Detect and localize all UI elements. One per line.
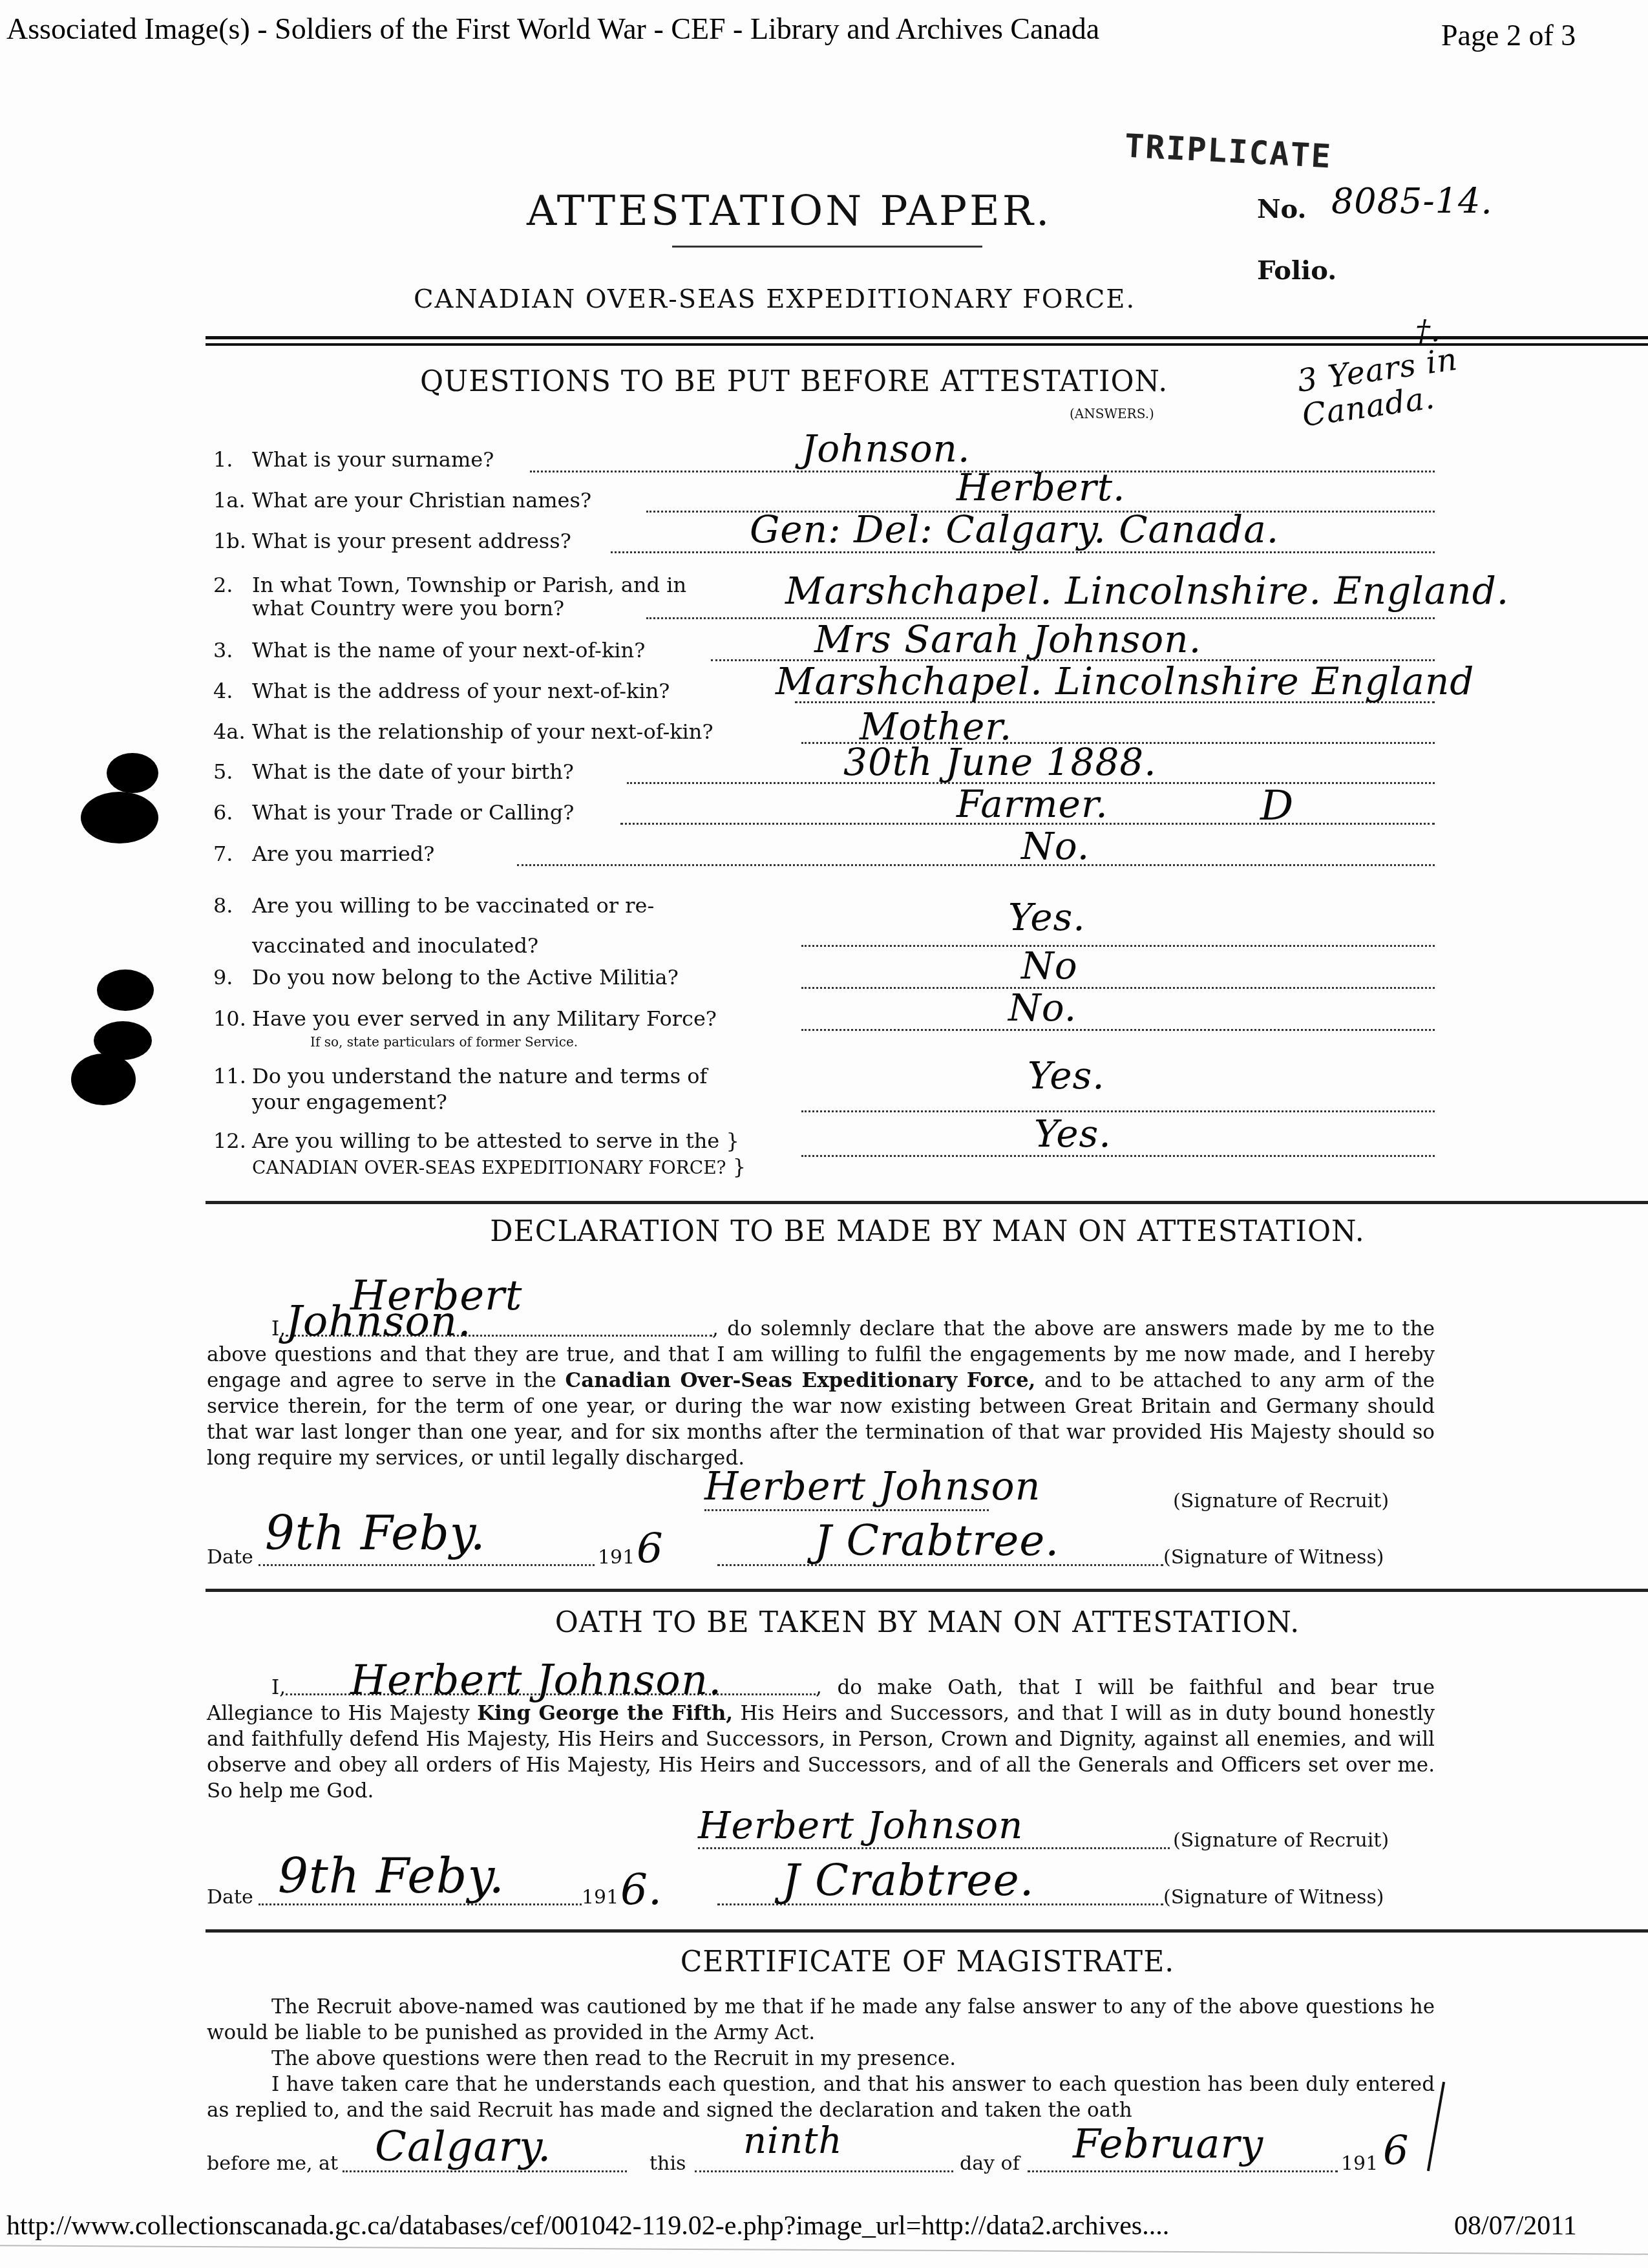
oath-name: Herbert Johnson. [286,1668,816,1695]
question-2: 2.In what Town, Township or Parish, and … [213,573,686,620]
answer-2: Marshchapel. Lincolnshire. England. [785,569,1509,613]
ink-blot [97,970,154,1011]
question-1a: 1a.What are your Christian names? [213,488,591,513]
section-rule-3 [206,1929,1648,1933]
oath-witness-signature: J Crabtree. [782,1855,1034,1906]
oath-text: I,Herbert Johnson., do make Oath, that I… [207,1668,1435,1804]
declaration-witness-signature: J Crabtree. [814,1516,1059,1565]
answer-line-1b [611,551,1435,553]
question-4: 4.What is the address of your next-of-ki… [213,679,670,703]
answer-1a: Herbert. [956,465,1126,509]
answer-4: Marshchapel. Lincolnshire England [776,659,1474,703]
oath-heading: OATH TO BE TAKEN BY MAN ON ATTESTATION. [207,1606,1648,1639]
question-10: 10.Have you ever served in any Military … [213,1006,717,1031]
oath-recruit-signature: Herbert Johnson [698,1803,1023,1847]
triplicate-stamp: TRIPLICATE [1124,127,1333,176]
answer-line-8 [801,945,1435,947]
certificate-p3: I have taken care that he understands ea… [207,2072,1435,2123]
answer-9: No [1021,944,1078,988]
question-7: 7.Are you married? [213,842,434,866]
declaration-date-value: 9th Feby. [265,1506,486,1560]
number-value: 8085-14. [1331,181,1493,222]
question-9: 9.Do you now belong to the Active Militi… [213,965,679,990]
question-10-note: If so, state particulars of former Servi… [310,1034,578,1050]
print-header-page: Page 2 of 3 [1441,18,1576,52]
answer-line-9 [801,987,1435,989]
this-label: this [650,2152,686,2175]
declaration-recruit-caption: (Signature of Recruit) [1173,1490,1389,1512]
answer-5: 30th June 1888. [843,740,1157,784]
question-12: 12.Are you willing to be attested to ser… [213,1128,746,1181]
certificate-year-prefix: 191 [1341,2152,1378,2175]
oath-year-prefix: 191 [582,1886,618,1909]
ink-blot [71,1054,136,1105]
answer-11: Yes. [1028,1054,1105,1097]
certificate-heading: CERTIFICATE OF MAGISTRATE. [207,1945,1648,1978]
oath-witness-caption: (Signature of Witness) [1163,1886,1384,1909]
question-11: 11.Do you understand the nature and term… [213,1063,707,1115]
title-divider [672,246,982,248]
answer-12: Yes. [1034,1112,1112,1156]
print-header-title: Associated Image(s) - Soldiers of the Fi… [6,12,1099,46]
answer-1b: Gen: Del: Calgary. Canada. [750,507,1279,551]
question-8: 8.Are you willing to be vaccinated or re… [213,885,654,966]
question-1b: 1b.What is your present address? [213,529,571,553]
certificate-p1: The Recruit above-named was cautioned by… [207,1994,1435,2046]
answer-8: Yes. [1008,895,1086,939]
questions-heading: QUESTIONS TO BE PUT BEFORE ATTESTATION. [420,365,1168,398]
answer-6: Farmer. [956,782,1108,826]
answer-6-mark: D [1260,782,1294,830]
declaration-year-prefix: 191 [598,1546,635,1569]
day-of-label: day of [960,2152,1020,2175]
declaration-text: I,Herbert Johnson., do solemnly declare … [207,1283,1435,1471]
section-rule-2 [206,1589,1648,1592]
oath-recruit-caption: (Signature of Recruit) [1173,1829,1389,1852]
scan-edge [0,2245,1648,2254]
section-rule-1 [206,1201,1648,1204]
recruit-sig-line-2 [698,1847,1170,1849]
question-5: 5.What is the date of your birth? [213,759,574,784]
before-me-label: before me, at [207,2152,338,2175]
certificate-p2: The above questions were then read to th… [207,2046,1435,2072]
declaration-year-suffix: 6 [637,1525,664,1573]
recruit-sig-line-1 [704,1509,989,1511]
answer-7: No. [1021,824,1090,868]
day-line [695,2170,953,2172]
oath-date-value: 9th Feby. [278,1849,505,1904]
answer-3: Mrs Sarah Johnson. [814,617,1201,661]
folio-label: Folio. [1257,255,1336,286]
print-footer-date: 08/07/2011 [1454,2210,1577,2242]
answer-line-10 [801,1029,1435,1031]
certificate-month: February [1073,2120,1263,2167]
number-label: No. [1257,194,1306,224]
question-1: 1.What is your surname? [213,447,494,472]
answer-1: Johnson. [801,427,970,471]
date-line-1 [259,1564,595,1566]
certificate-day: ninth [743,2120,843,2162]
month-line [1028,2170,1338,2172]
question-3: 3.What is the name of your next-of-kin? [213,638,645,662]
declaration-recruit-signature: Herbert Johnson [704,1464,1041,1509]
document-subtitle: CANADIAN OVER-SEAS EXPEDITIONARY FORCE. [414,284,1136,314]
ink-blot [107,753,158,793]
document-title: ATTESTATION PAPER. [527,187,1051,235]
certificate-year-suffix: 6 [1383,2126,1409,2174]
oath-date-label: Date [207,1886,253,1909]
margin-note: 3 Years in Canada. [1295,335,1516,434]
question-4a: 4a.What is the relationship of your next… [213,719,713,744]
answer-10: No. [1008,986,1077,1030]
declaration-witness-caption: (Signature of Witness) [1163,1546,1384,1569]
answer-line-11 [801,1110,1435,1112]
declaration-heading: DECLARATION TO BE MADE BY MAN ON ATTESTA… [207,1215,1648,1248]
oath-year-suffix: 6. [620,1865,662,1914]
declarant-name: Herbert Johnson. [286,1283,712,1337]
answer-line-7 [517,864,1435,866]
ink-blot [81,792,158,843]
answer-line-12 [801,1155,1435,1157]
answers-label: (ANSWERS.) [1070,406,1154,421]
print-footer-url: http://www.collectionscanada.gc.ca/datab… [6,2210,1169,2242]
certificate-place: Calgary. [375,2123,551,2171]
question-6: 6.What is your Trade or Calling? [213,800,574,825]
declaration-date-label: Date [207,1546,253,1569]
